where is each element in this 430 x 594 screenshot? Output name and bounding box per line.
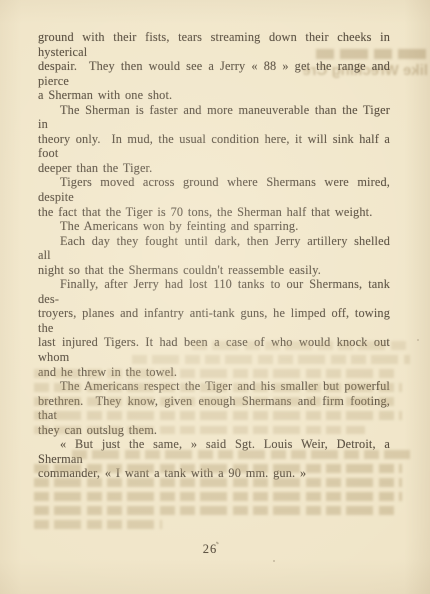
paragraph: ground with their fists, tears streaming…: [38, 30, 390, 103]
text-line: troyers, planes and infantry anti-tank g…: [38, 306, 390, 335]
bleed-through-line: [34, 520, 162, 529]
bleed-through-line: [34, 464, 402, 473]
text-line: the fact that the Tiger is 70 tons, the …: [38, 205, 390, 220]
text-line: The Sherman is faster and more maneuvera…: [38, 103, 390, 132]
text-line: Tigers moved across ground where Sherman…: [38, 175, 390, 204]
bleed-through-line: [192, 341, 410, 350]
scanned-book-page: line like Wrecking Cre ground with their…: [0, 0, 430, 594]
bleed-through-block: [34, 450, 410, 535]
bleed-through-line: [34, 397, 399, 406]
text-line: despair. They then would see a Jerry « 8…: [38, 59, 390, 88]
text-line: night so that the Shermans couldn't reas…: [38, 263, 390, 278]
text-line: The Americans won by feinting and sparri…: [38, 219, 390, 234]
text-line: Finally, after Jerry had lost 110 tanks …: [38, 277, 390, 306]
page-number: 26: [38, 542, 382, 557]
scan-speck: [273, 560, 275, 562]
paragraph: The Americans won by feinting and sparri…: [38, 219, 390, 234]
bleed-through-line: [34, 383, 402, 392]
bleed-through-line: [132, 355, 410, 364]
bleed-through-line: [34, 478, 402, 487]
scan-speck: [417, 339, 419, 341]
text-line: a Sherman with one shot.: [38, 88, 390, 103]
text-line: theory only. In mud, the usual condition…: [38, 132, 390, 161]
text-line: Each day they fought until dark, then Je…: [38, 234, 390, 263]
bleed-through-line: [72, 450, 410, 459]
bleed-through-line: [34, 506, 399, 515]
bleed-through-line: [34, 411, 402, 420]
paragraph: Tigers moved across ground where Sherman…: [38, 175, 390, 219]
bleed-through-line: [34, 426, 365, 435]
paragraph: The Sherman is faster and more maneuvera…: [38, 103, 390, 176]
scan-speck: [128, 403, 130, 405]
text-line: deeper than the Tiger.: [38, 161, 390, 176]
paragraph: Each day they fought until dark, then Je…: [38, 234, 390, 278]
bleed-through-line: [34, 492, 402, 501]
bleed-through-block: [34, 341, 410, 440]
bleed-through-line: [34, 369, 395, 378]
text-line: ground with their fists, tears streaming…: [38, 30, 390, 59]
